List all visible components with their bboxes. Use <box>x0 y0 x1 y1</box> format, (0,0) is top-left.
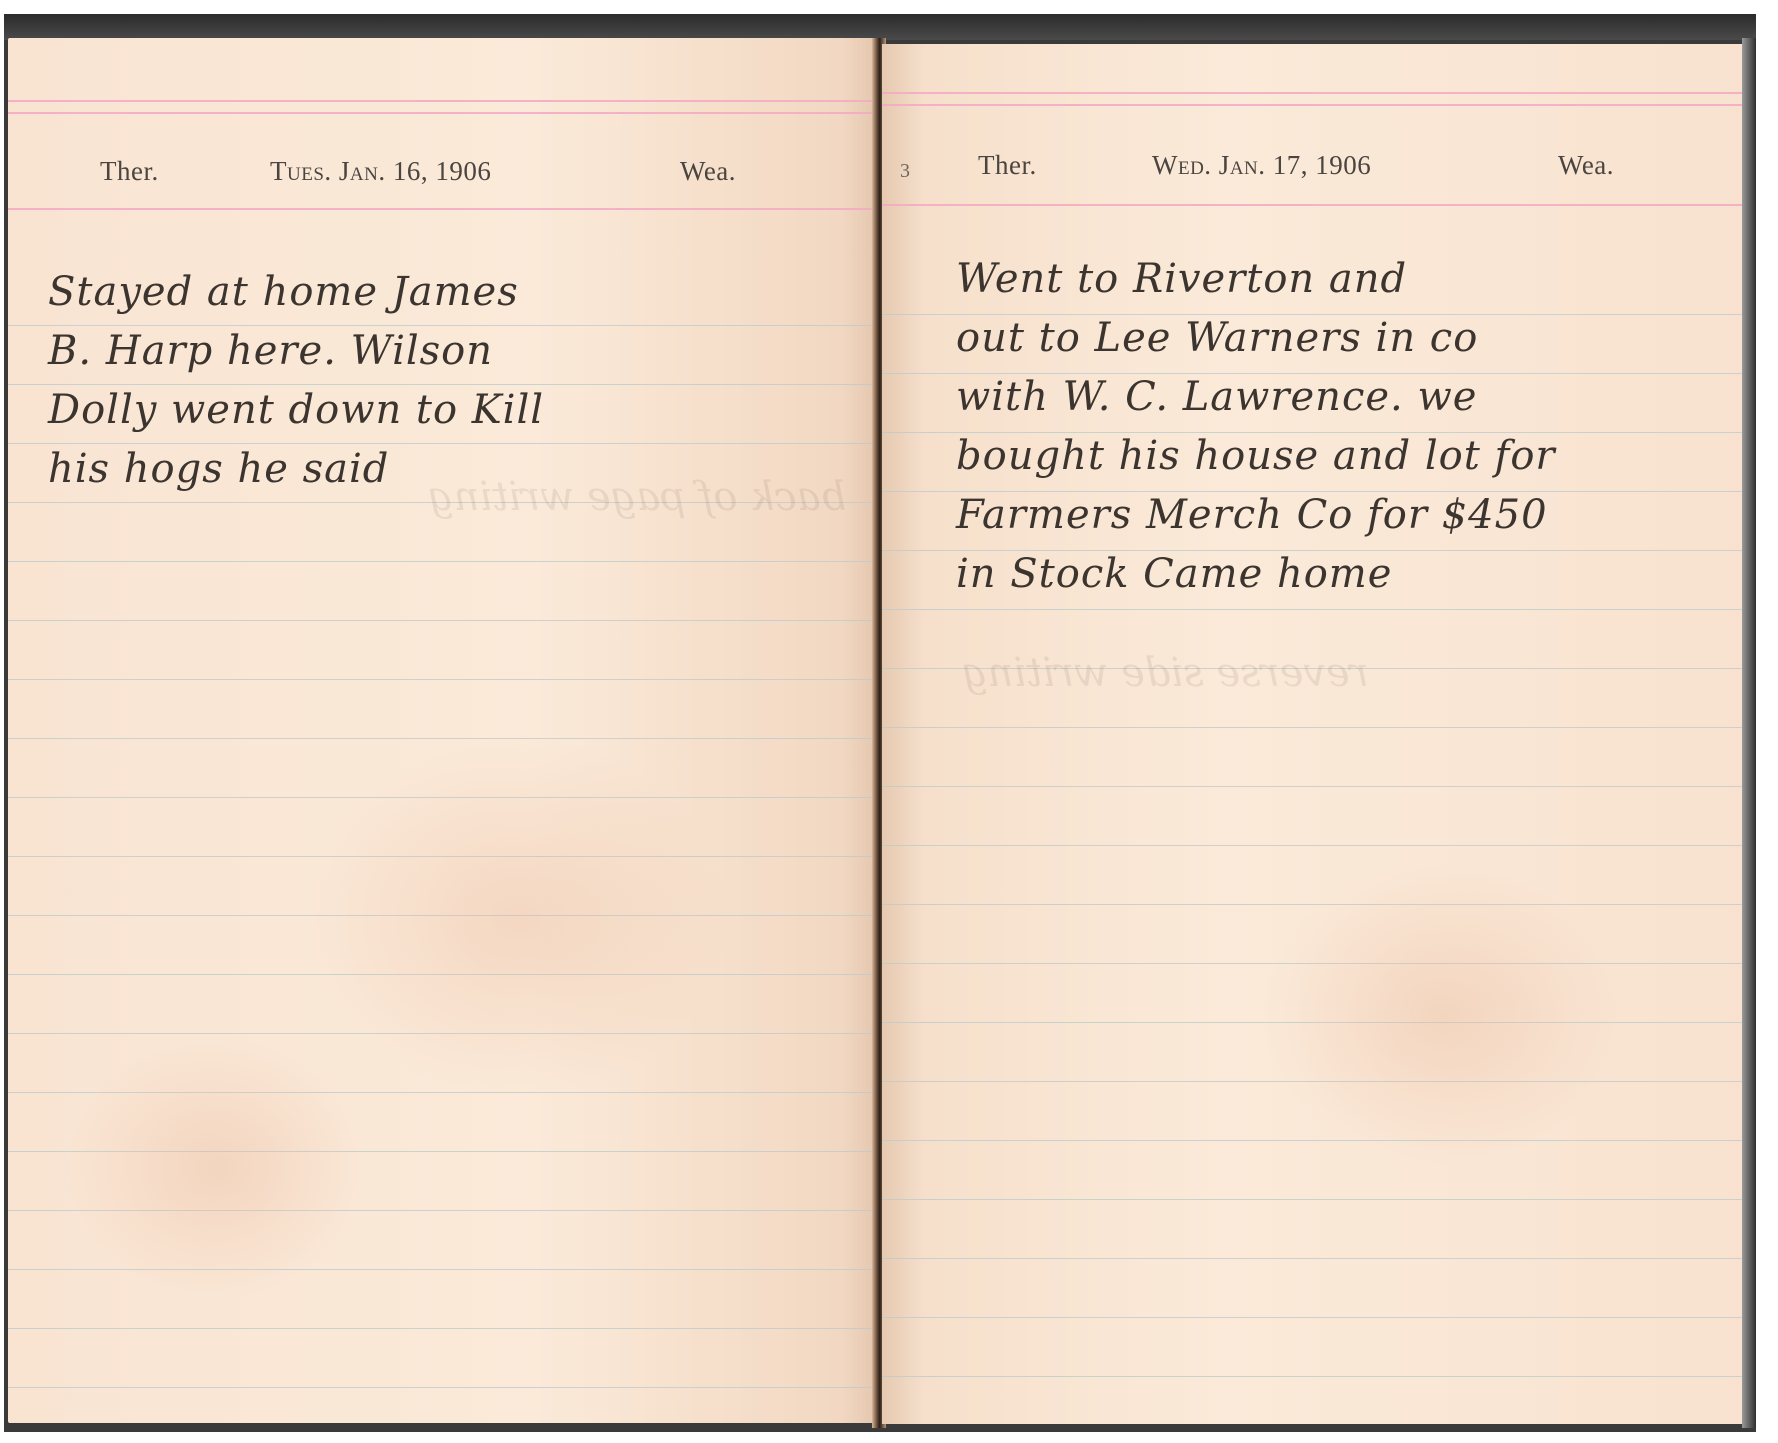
ruled-line <box>8 561 876 562</box>
entry-line: his hogs he said <box>48 440 846 499</box>
thermometer-label: Ther. <box>100 156 159 187</box>
entry-line: Dolly went down to Kill <box>48 381 846 440</box>
ruled-line <box>882 786 1748 787</box>
right-page-header: Ther. Wed. Jan. 17, 1906 Wea. <box>882 150 1748 190</box>
ruled-line <box>882 727 1748 728</box>
ruled-line <box>8 679 876 680</box>
ruled-line <box>882 609 1748 610</box>
entry-line: Stayed at home James <box>48 263 846 322</box>
paper-stain <box>308 738 728 1098</box>
ruled-line <box>882 904 1748 905</box>
left-page: Ther. Tues. Jan. 16, 1906 Wea. back of p… <box>8 38 876 1423</box>
pink-rule <box>8 208 876 210</box>
pink-rule <box>8 112 876 114</box>
diary-entry-right: Went to Riverton and out to Lee Warners … <box>956 250 1718 604</box>
ruled-line <box>882 1258 1748 1259</box>
ruled-line <box>882 845 1748 846</box>
paper-stain <box>1262 864 1622 1164</box>
pink-rule <box>882 104 1748 106</box>
entry-line: in Stock Came home <box>956 545 1718 604</box>
pink-rule <box>8 100 876 102</box>
weather-label: Wea. <box>680 156 736 187</box>
entry-line: Went to Riverton and <box>956 250 1718 309</box>
book-cover-top-edge <box>4 14 1756 40</box>
entry-line: bought his house and lot for <box>956 427 1718 486</box>
right-page: 3 Ther. Wed. Jan. 17, 1906 Wea. reverse … <box>882 44 1748 1424</box>
ruled-line <box>8 620 876 621</box>
weather-label: Wea. <box>1558 150 1614 181</box>
left-page-header: Ther. Tues. Jan. 16, 1906 Wea. <box>8 156 876 196</box>
ruled-line <box>8 1387 876 1388</box>
ruled-line <box>8 738 876 739</box>
entry-line: out to Lee Warners in co <box>956 309 1718 368</box>
page-date: Tues. Jan. 16, 1906 <box>270 156 491 187</box>
entry-line: with W. C. Lawrence. we <box>956 368 1718 427</box>
entry-line: Farmers Merch Co for $450 <box>956 486 1718 545</box>
book-cover-right-edge <box>1742 38 1756 1428</box>
page-date: Wed. Jan. 17, 1906 <box>1152 150 1371 181</box>
entry-line: B. Harp here. Wilson <box>48 322 846 381</box>
thermometer-label: Ther. <box>978 150 1037 181</box>
ink-bleed-through: reverse side writing <box>962 644 1369 703</box>
ruled-line <box>882 1140 1748 1141</box>
pink-rule <box>882 204 1748 206</box>
ruled-line <box>8 1328 876 1329</box>
ruled-line <box>882 1317 1748 1318</box>
ruled-line <box>882 1376 1748 1377</box>
ruled-line <box>882 1199 1748 1200</box>
diary-entry-left: Stayed at home James B. Harp here. Wilso… <box>48 263 846 499</box>
pink-rule <box>882 92 1748 94</box>
paper-stain <box>68 1038 368 1298</box>
diary-book: Ther. Tues. Jan. 16, 1906 Wea. back of p… <box>4 14 1756 1432</box>
